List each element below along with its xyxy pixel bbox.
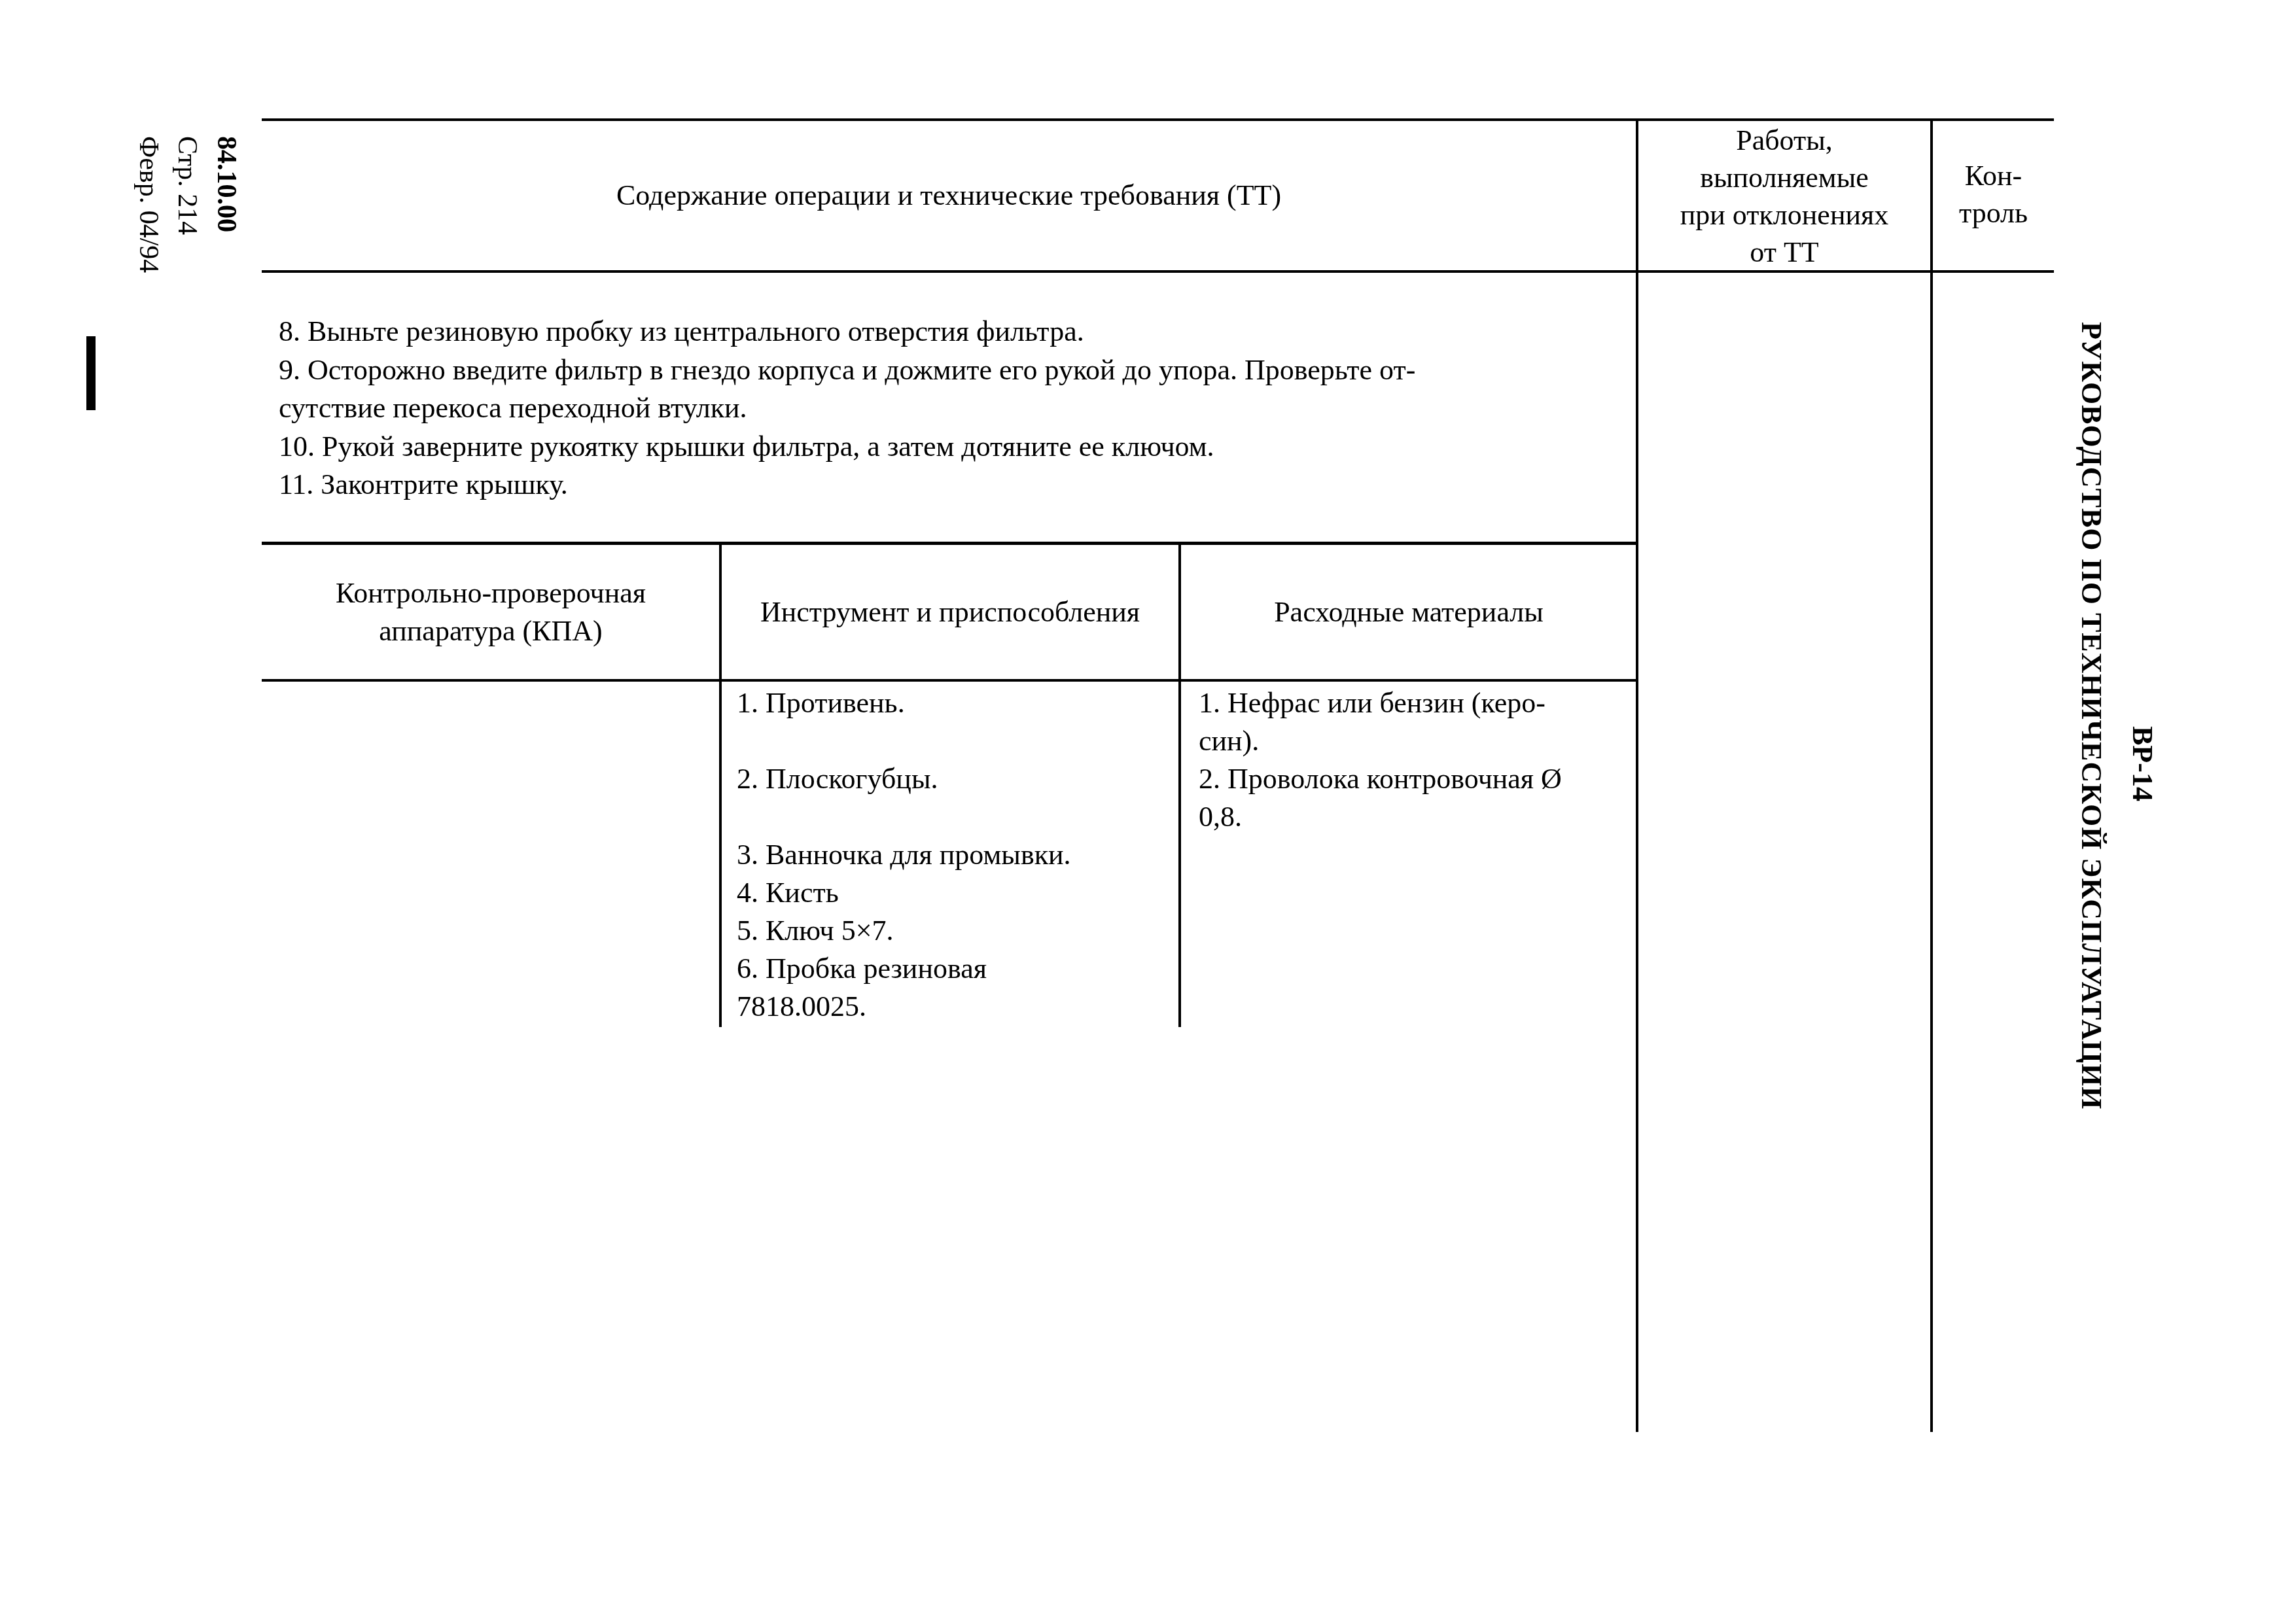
tool-item: 1. Противень. [737,684,1071,722]
revision-bar [86,336,96,410]
header-deviation-line: выполняемые [1638,159,1930,196]
header-control-line: троль [1933,194,2054,232]
doc-code: 84.10.00 [211,136,242,232]
page-number: Стр. 214 [171,136,203,235]
operation-step: 10. Рукой заверните рукоятку крышки филь… [279,428,1415,466]
manual-title: РУКОВОДСТВО ПО ТЕХНИЧЕСКОЙ ЭКСПЛУАТАЦИИ [2075,322,2108,1109]
header-kpa: Контрольно-проверочная аппаратура (КПА) [262,574,720,650]
tools-list: 1. Противень. 2. Плоскогубцы. 3. Ванночк… [737,684,1071,1026]
header-tools: Инструмент и приспособления [722,593,1178,631]
header-deviation-line: от ТТ [1638,234,1930,271]
revision-date: Февр. 04/94 [133,136,164,273]
header-content: Содержание операции и технические требов… [262,177,1636,215]
tool-item-spacer [737,722,1071,760]
resources-top-border [262,542,1637,545]
table-top-border [262,118,2054,121]
tool-item: 4. Кисть [737,874,1071,912]
header-kpa-line: аппаратура (КПА) [262,612,720,650]
header-deviation-line: Работы, [1638,122,1930,159]
operation-step: 9. Осторожно введите фильтр в гнездо кор… [279,351,1415,390]
operation-steps: 8. Выньте резиновую пробку из центрально… [279,313,1415,504]
materials-list: 1. Нефрас или бензин (керо- син). 2. Про… [1199,684,1562,836]
material-item: 1. Нефрас или бензин (керо- [1199,684,1562,722]
material-item: 0,8. [1199,798,1562,836]
header-materials: Расходные материалы [1181,593,1636,631]
header-deviation-line: при отклонениях [1638,196,1930,234]
tool-item: 5. Ключ 5×7. [737,912,1071,950]
material-item: 2. Проволока контровочная Ø [1199,760,1562,798]
column-divider-deviation [1636,120,1638,1432]
tool-item: 2. Плоскогубцы. [737,760,1071,798]
operation-step: 8. Выньте резиновую пробку из центрально… [279,313,1415,351]
resources-header-bottom-border [262,679,1637,682]
operation-step: сутствие перекоса переходной втулки. [279,389,1415,428]
header-kpa-line: Контрольно-проверочная [262,574,720,612]
tool-item-spacer [737,798,1071,836]
aircraft-type: ВР-14 [2126,726,2159,801]
tool-item: 6. Пробка резиновая [737,950,1071,988]
tool-item: 7818.0025. [737,988,1071,1026]
operation-step: 11. Законтрите крышку. [279,466,1415,504]
header-control: Кон- троль [1933,157,2054,232]
header-deviation-works: Работы, выполняемые при отклонениях от Т… [1638,122,1930,271]
header-control-line: Кон- [1933,157,2054,194]
column-divider-control [1930,120,1933,1432]
material-item: син). [1199,722,1562,760]
tool-item: 3. Ванночка для промывки. [737,836,1071,874]
